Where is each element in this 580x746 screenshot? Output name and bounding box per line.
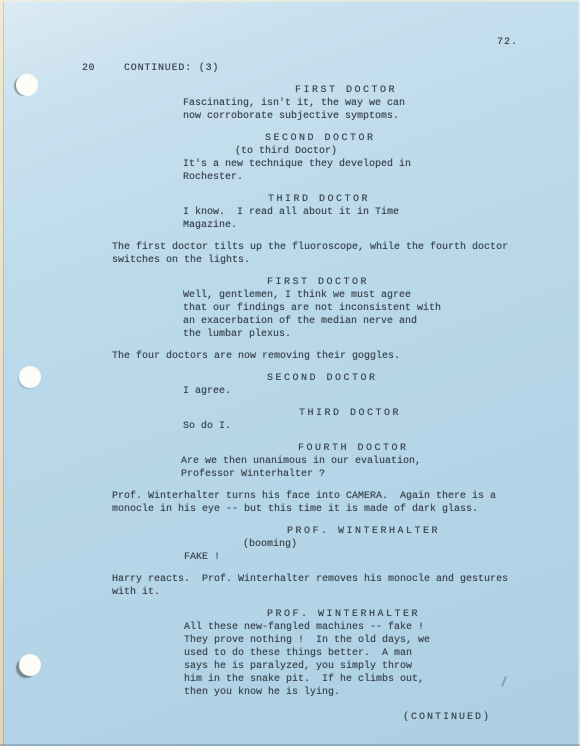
dialogue-block: PROF. WINTERHALTER(booming)FAKE ! (0, 525, 580, 564)
scene-number: 20 (82, 62, 124, 75)
footer-continued: (CONTINUED) (403, 712, 491, 723)
dialogue-line: I know. I read all about it in Time (0, 206, 580, 219)
dialogue-line: used to do these things better. A man (0, 647, 580, 660)
dialogue-line: Well, gentlemen, I think we must agree (0, 289, 580, 302)
dialogue-line: now corroborate subjective symptoms. (0, 110, 580, 123)
dialogue-block: FIRST DOCTORWell, gentlemen, I think we … (0, 276, 580, 341)
dialogue-line: Professor Winterhalter ? (0, 468, 580, 481)
dialogue-block: THIRD DOCTORSo do I. (0, 407, 580, 433)
dialogue-line: FAKE ! (0, 551, 580, 564)
character-name: FIRST DOCTOR (0, 276, 580, 289)
dialogue-block: FOURTH DOCTORAre we then unanimous in ou… (0, 442, 580, 481)
action-block: Harry reacts. Prof. Winterhalter removes… (0, 573, 580, 599)
dialogue-line: Are we then unanimous in our evaluation, (0, 455, 580, 468)
action-line: with it. (0, 586, 580, 599)
dialogue-line: an exacerbation of the median nerve and (0, 315, 580, 328)
page-number: 72. (497, 37, 518, 48)
dialogue-line: says he is paralyzed, you simply throw (0, 660, 580, 673)
script-blocks: FIRST DOCTORFascinating, isn't it, the w… (0, 84, 580, 699)
dialogue-line: So do I. (0, 420, 580, 433)
character-name: SECOND DOCTOR (0, 372, 580, 385)
parenthetical: (booming) (0, 538, 580, 551)
dialogue-line: him in the snake pit. If he climbs out, (0, 673, 580, 686)
punch-hole-top (16, 74, 38, 96)
paper-edge-top (0, 0, 580, 2)
dialogue-block: PROF. WINTERHALTERAll these new-fangled … (0, 608, 580, 699)
dialogue-line: I agree. (0, 385, 580, 398)
action-line: switches on the lights. (0, 254, 580, 267)
parenthetical: (to third Doctor) (0, 145, 580, 158)
dialogue-line: Fascinating, isn't it, the way we can (0, 97, 580, 110)
action-line: Prof. Winterhalter turns his face into C… (0, 490, 580, 503)
character-name: THIRD DOCTOR (0, 407, 580, 420)
script-body: 20CONTINUED: (3) FIRST DOCTORFascinating… (0, 62, 580, 699)
character-name: PROF. WINTERHALTER (0, 608, 580, 621)
dialogue-line: that our findings are not inconsistent w… (0, 302, 580, 315)
action-block: Prof. Winterhalter turns his face into C… (0, 490, 580, 516)
action-line: The first doctor tilts up the fluoroscop… (0, 241, 580, 254)
action-block: The first doctor tilts up the fluoroscop… (0, 241, 580, 267)
scene-header: 20CONTINUED: (3) (0, 62, 580, 75)
punch-hole-bottom (19, 654, 41, 676)
dialogue-line: They prove nothing ! In the old days, we (0, 634, 580, 647)
action-block: The four doctors are now removing their … (0, 350, 580, 363)
punch-hole-middle (19, 366, 41, 388)
dialogue-line: It's a new technique they developed in (0, 158, 580, 171)
character-name: FOURTH DOCTOR (0, 442, 580, 455)
action-line: monocle in his eye -- but this time it i… (0, 503, 580, 516)
action-line: The four doctors are now removing their … (0, 350, 580, 363)
character-name: THIRD DOCTOR (0, 193, 580, 206)
paper-edge-left-line (3, 0, 4, 746)
dialogue-block: SECOND DOCTORI agree. (0, 372, 580, 398)
character-name: SECOND DOCTOR (0, 132, 580, 145)
dialogue-line: Magazine. (0, 219, 580, 232)
dialogue-line: then you know he is lying. (0, 686, 580, 699)
screenplay-page: { "page": { "page_number": "72.", "scene… (0, 0, 580, 746)
dialogue-block: THIRD DOCTORI know. I read all about it … (0, 193, 580, 232)
dialogue-line: All these new-fangled machines -- fake ! (0, 621, 580, 634)
action-line: Harry reacts. Prof. Winterhalter removes… (0, 573, 580, 586)
character-name: FIRST DOCTOR (0, 84, 580, 97)
dialogue-line: the lumbar plexus. (0, 328, 580, 341)
continued-header: CONTINUED: (3) (124, 63, 219, 74)
dialogue-block: SECOND DOCTOR(to third Doctor)It's a new… (0, 132, 580, 184)
dialogue-block: FIRST DOCTORFascinating, isn't it, the w… (0, 84, 580, 123)
character-name: PROF. WINTERHALTER (0, 525, 580, 538)
dialogue-line: Rochester. (0, 171, 580, 184)
